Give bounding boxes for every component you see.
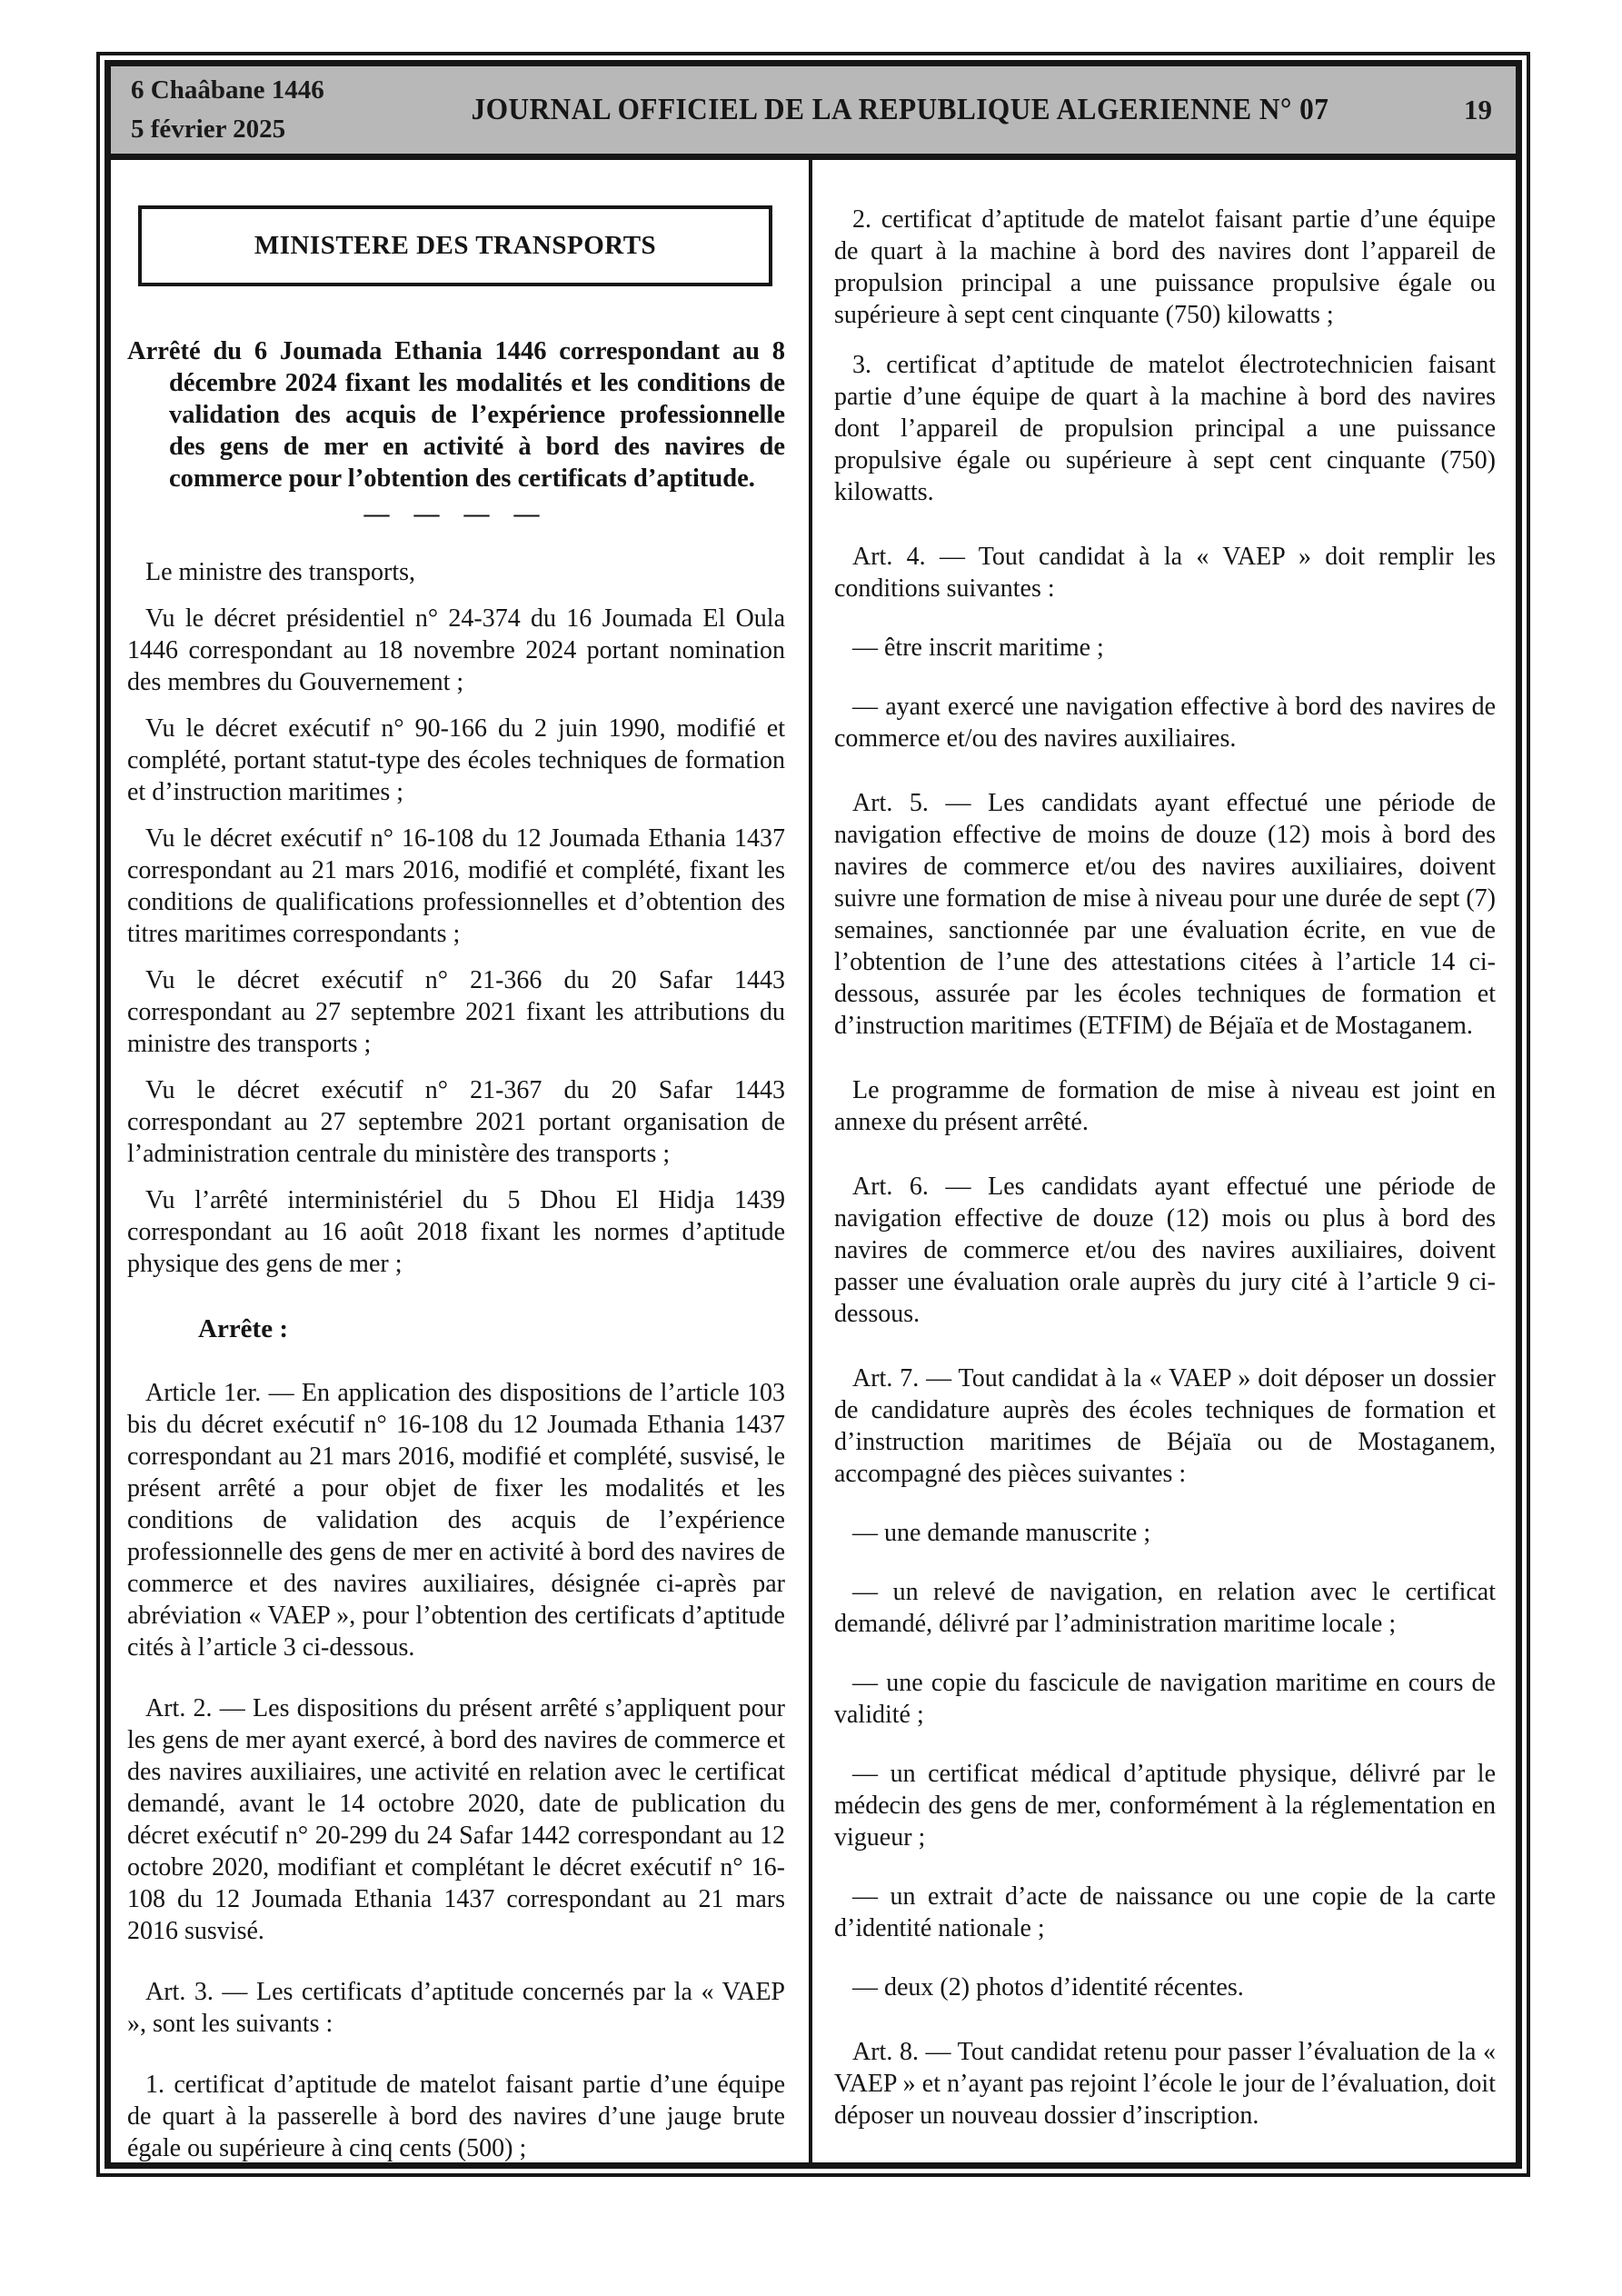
page-frame-inner: 6 Chaâbane 1446 5 février 2025 JOURNAL O… bbox=[104, 60, 1522, 2169]
decree-title: Arrêté du 6 Joumada Ethania 1446 corresp… bbox=[127, 335, 785, 494]
list-item-paragraph: 2. certificat d’aptitude de matelot fais… bbox=[834, 204, 1496, 331]
dash-item: — une demande manuscrite ; bbox=[834, 1517, 1496, 1549]
arrete-heading: Arrête : bbox=[198, 1314, 785, 1344]
dash-item: — un certificat médical d’aptitude physi… bbox=[834, 1758, 1496, 1853]
dash-item: — une copie du fascicule de navigation m… bbox=[834, 1667, 1496, 1731]
intro-paragraph: Le ministre des transports, bbox=[127, 556, 785, 588]
page-content: MINISTERE DES TRANSPORTS Arrêté du 6 Jou… bbox=[111, 160, 1516, 2162]
journal-title: JOURNAL OFFICIEL DE LA REPUBLIQUE ALGERI… bbox=[435, 93, 1366, 127]
article-paragraph: Art. 2. — Les dispositions du présent ar… bbox=[127, 1692, 785, 1947]
visa-paragraph: Vu le décret exécutif n° 16-108 du 12 Jo… bbox=[127, 823, 785, 950]
dash-item: — un extrait d’acte de naissance ou une … bbox=[834, 1881, 1496, 1944]
article-paragraph: Art. 5. — Les candidats ayant effectué u… bbox=[834, 787, 1496, 1042]
list-item-paragraph: 3. certificat d’aptitude de matelot élec… bbox=[834, 349, 1496, 508]
article-paragraph: Art. 4. — Tout candidat à la « VAEP » do… bbox=[834, 541, 1496, 604]
gregorian-date: 5 février 2025 bbox=[131, 110, 394, 149]
right-column: 2. certificat d’aptitude de matelot fais… bbox=[812, 160, 1499, 2162]
visa-paragraph: Vu le décret exécutif n° 21-366 du 20 Sa… bbox=[127, 964, 785, 1060]
header-dates: 6 Chaâbane 1446 5 février 2025 bbox=[131, 71, 394, 149]
dash-item: — ayant exercé une navigation effective … bbox=[834, 691, 1496, 754]
journal-header-band: 6 Chaâbane 1446 5 février 2025 JOURNAL O… bbox=[111, 66, 1516, 160]
list-item-paragraph: 1. certificat d’aptitude de matelot fais… bbox=[127, 2069, 785, 2162]
dash-item: — être inscrit maritime ; bbox=[834, 632, 1496, 664]
visa-paragraph: Vu le décret exécutif n° 21-367 du 20 Sa… bbox=[127, 1074, 785, 1170]
dash-item: — un relevé de navigation, en relation a… bbox=[834, 1576, 1496, 1640]
article-paragraph: Art. 6. — Les candidats ayant effectué u… bbox=[834, 1171, 1496, 1330]
visa-paragraph: Vu le décret exécutif n° 90-166 du 2 jui… bbox=[127, 713, 785, 808]
body-paragraph: Le programme de formation de mise à nive… bbox=[834, 1074, 1496, 1138]
dash-item: — deux (2) photos d’identité récentes. bbox=[834, 1972, 1496, 2003]
ministry-heading-box: MINISTERE DES TRANSPORTS bbox=[138, 205, 772, 286]
section-separator: — — — — bbox=[127, 500, 785, 529]
hijri-date: 6 Chaâbane 1446 bbox=[131, 71, 394, 110]
page-frame: 6 Chaâbane 1446 5 février 2025 JOURNAL O… bbox=[96, 52, 1530, 2177]
article-paragraph: Art. 8. — Tout candidat retenu pour pass… bbox=[834, 2036, 1496, 2131]
page-number: 19 bbox=[1406, 94, 1492, 126]
article-paragraph: Art. 3. — Les certificats d’aptitude con… bbox=[127, 1976, 785, 2040]
visa-paragraph: Vu le décret présidentiel n° 24-374 du 1… bbox=[127, 603, 785, 698]
article-paragraph: Article 1er. — En application des dispos… bbox=[127, 1377, 785, 1663]
visa-paragraph: Vu l’arrêté interministériel du 5 Dhou E… bbox=[127, 1184, 785, 1280]
article-paragraph: Art. 7. — Tout candidat à la « VAEP » do… bbox=[834, 1363, 1496, 1490]
left-column: MINISTERE DES TRANSPORTS Arrêté du 6 Jou… bbox=[125, 160, 809, 2162]
